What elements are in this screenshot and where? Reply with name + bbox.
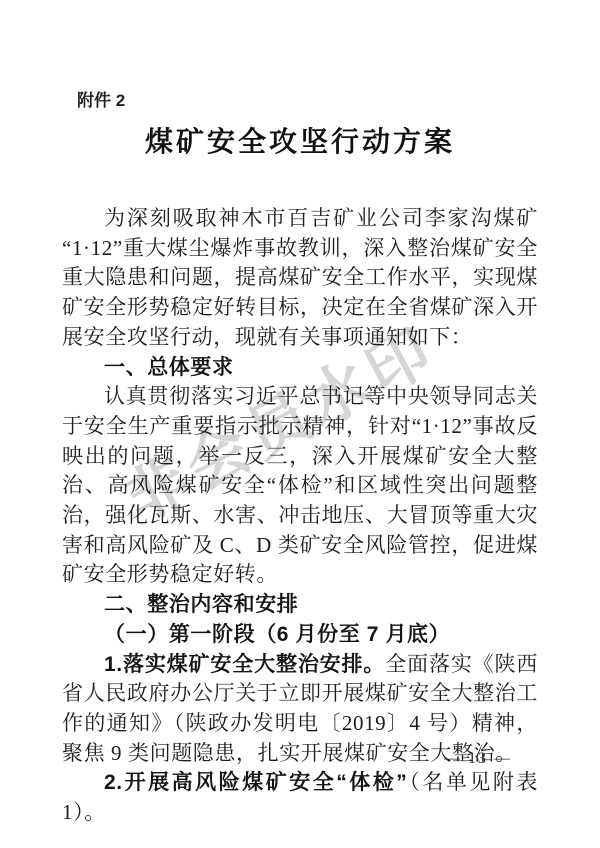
- subsection-heading: （一）第一阶段（6 月份至 7 月底）: [62, 620, 538, 650]
- document-content: 附件 2 煤矿安全攻坚行动方案 为深刻吸取神木市百吉矿业公司李家沟煤矿“1·12…: [62, 90, 538, 828]
- document-page: 非会员水印 附件 2 煤矿安全攻坚行动方案 为深刻吸取神木市百吉矿业公司李家沟煤…: [0, 0, 600, 848]
- bold-lead-text: （一）第一阶段（6 月份至 7 月底）: [104, 623, 450, 646]
- body-text: 认真贯彻落实习近平总书记等中央领导同志关于安全生产重要指示批示精神，针对“1·1…: [62, 384, 538, 586]
- section-heading: 一、总体要求: [62, 353, 538, 383]
- document-body: 为深刻吸取神木市百吉矿业公司李家沟煤矿“1·12”重大煤尘爆炸事故教训，深入整治…: [62, 204, 538, 828]
- body-text: 为深刻吸取神木市百吉矿业公司李家沟煤矿“1·12”重大煤尘爆炸事故教训，深入整治…: [62, 206, 538, 349]
- attachment-label: 附件 2: [77, 90, 538, 112]
- paragraph: 为深刻吸取神木市百吉矿业公司李家沟煤矿“1·12”重大煤尘爆炸事故教训，深入整治…: [62, 204, 538, 353]
- bold-lead-text: 1.落实煤矿安全大整治安排。: [104, 653, 385, 676]
- document-title: 煤矿安全攻坚行动方案: [62, 126, 538, 160]
- paragraph: 认真贯彻落实习近平总书记等中央领导同志关于安全生产重要指示批示精神，针对“1·1…: [62, 382, 538, 590]
- bold-lead-text: 一、总体要求: [104, 356, 234, 379]
- page-number: — 13 —: [444, 750, 512, 768]
- bold-lead-text: 二、整治内容和安排: [104, 593, 298, 616]
- bold-lead-text: 2.开展高风险煤矿安全“体检”: [104, 771, 407, 794]
- paragraph: 2.开展高风险煤矿安全“体检”（名单见附表 1）。: [62, 768, 538, 827]
- section-heading: 二、整治内容和安排: [62, 590, 538, 620]
